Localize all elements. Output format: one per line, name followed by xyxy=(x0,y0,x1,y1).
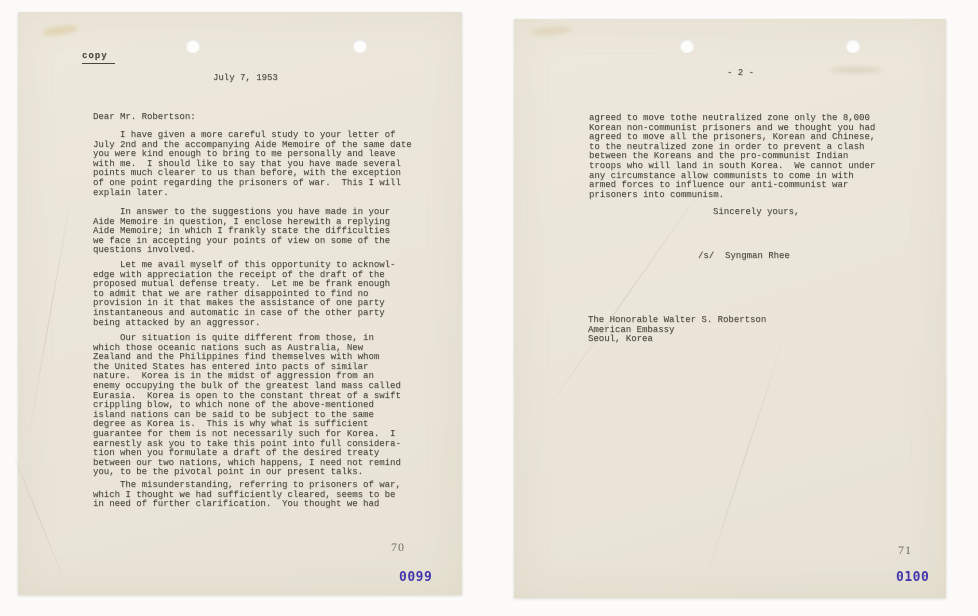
letter-paragraph: agreed to move tothe neutralized zone on… xyxy=(589,114,875,200)
page-number: 70 xyxy=(391,540,405,555)
punch-hole xyxy=(680,39,694,53)
document-scan: copy July 7, 1953 Dear Mr. Robertson: I … xyxy=(0,0,978,616)
letter-paragraph: Our situation is quite different from th… xyxy=(93,334,401,478)
crease-line xyxy=(701,326,788,593)
recipient-address: The Honorable Walter S. Robertson Americ… xyxy=(588,316,766,345)
crease-line xyxy=(6,438,71,596)
page-2-header: - 2 - xyxy=(727,69,754,79)
archive-stamp-number: 0099 xyxy=(399,570,432,585)
paper-stain xyxy=(830,67,882,73)
crease-line xyxy=(26,174,76,450)
letter-date: July 7, 1953 xyxy=(213,74,278,84)
punch-hole xyxy=(846,39,860,53)
paper-stain xyxy=(530,25,573,37)
punch-hole xyxy=(353,39,367,53)
letter-page-1: copy July 7, 1953 Dear Mr. Robertson: I … xyxy=(18,12,462,595)
copy-label: copy xyxy=(82,52,115,64)
archive-stamp-number: 0100 xyxy=(896,570,929,585)
paper-stain xyxy=(42,24,79,38)
salutation: Dear Mr. Robertson: xyxy=(93,113,196,123)
letter-closing: Sincerely yours, xyxy=(713,208,799,218)
crease-line xyxy=(532,168,716,431)
letter-paragraph: In answer to the suggestions you have ma… xyxy=(93,208,390,256)
letter-paragraph: I have given a more careful study to you… xyxy=(93,131,412,198)
signature-line: /s/ Syngman Rhee xyxy=(698,252,790,262)
page-number: 71 xyxy=(898,543,912,558)
letter-paragraph: The misunderstanding, referring to priso… xyxy=(93,481,401,510)
letter-page-2: - 2 - agreed to move tothe neutralized z… xyxy=(514,19,946,598)
punch-hole xyxy=(186,39,200,53)
letter-paragraph: Let me avail myself of this opportunity … xyxy=(93,261,395,328)
